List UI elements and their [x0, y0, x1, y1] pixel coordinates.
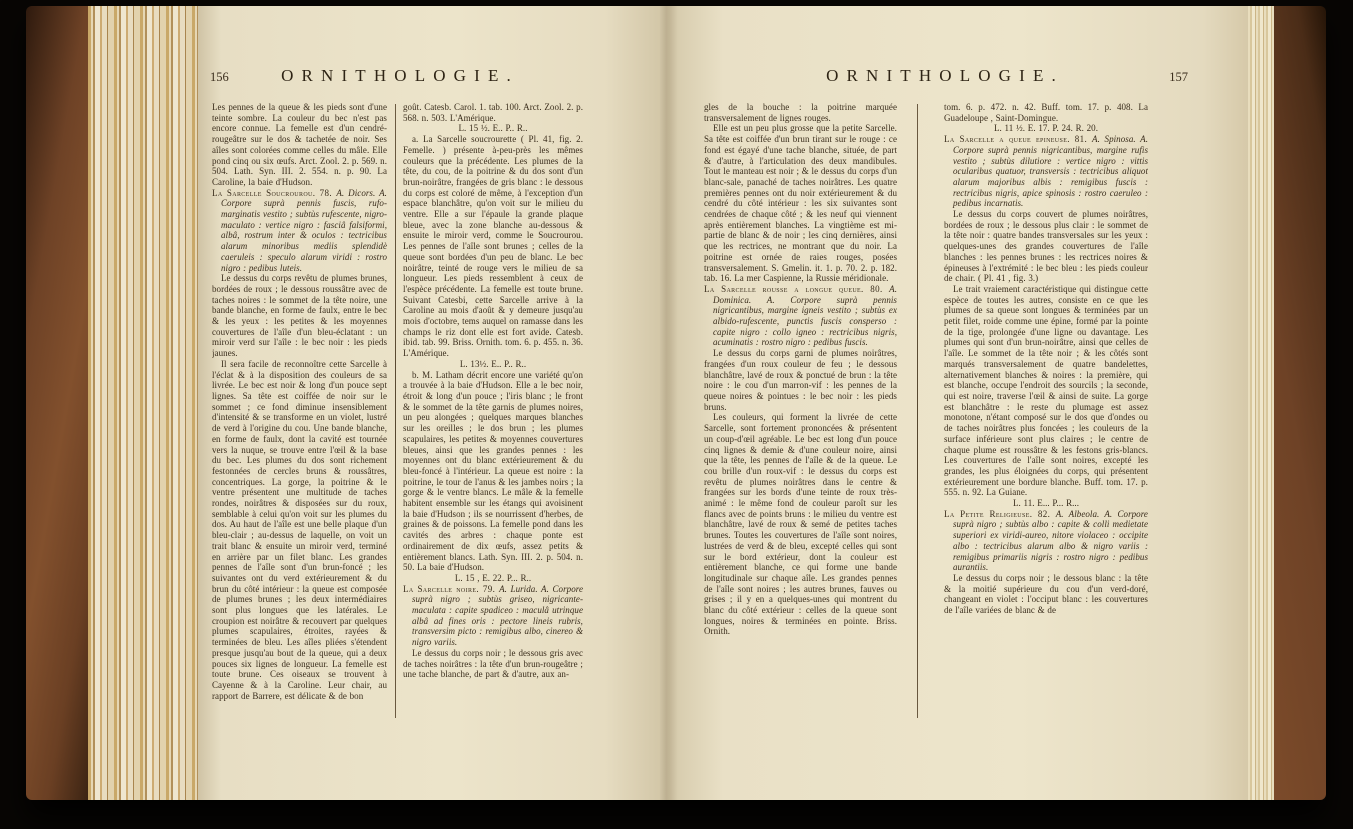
paragraph: b. M. Latham décrit encore une variété q…	[403, 370, 583, 573]
paragraph: L. 11. E... P... R...	[944, 498, 1148, 509]
species-heading: La Sarcelle noire. 79.	[403, 584, 499, 594]
left-page-columns: Les pennes de la queue & les pieds sont …	[198, 102, 660, 724]
paragraph: gles de la bouche : la poitrine marquée …	[704, 102, 897, 123]
paragraph: L. 15 ½. E.. P.. R..	[403, 123, 583, 134]
left-page-number: 156	[210, 70, 229, 85]
species-entry: *La Sarcelle rousse a longue queue. 80. …	[704, 284, 897, 348]
open-book: 156 ORNITHOLOGIE. Les pennes de la queue…	[26, 6, 1326, 800]
right-page-header: ORNITHOLOGIE. 157	[678, 66, 1248, 86]
paragraph: Le dessus du corps couvert de plumes noi…	[944, 209, 1148, 284]
left-page-header: 156 ORNITHOLOGIE.	[198, 66, 660, 86]
left-page-column-1: Les pennes de la queue & les pieds sont …	[212, 102, 387, 724]
species-entry: La Petite Religieuse. 82. A. Albeola. A.…	[944, 509, 1148, 573]
paragraph: Le dessus du corps noir ; le dessous bla…	[944, 573, 1148, 616]
left-column-divider	[395, 104, 396, 718]
photo-background: 156 ORNITHOLOGIE. Les pennes de la queue…	[0, 0, 1353, 829]
left-page-fore-edges	[88, 6, 198, 800]
latin-description: A. Spinosa. A. Corpore suprà pennis nigr…	[953, 134, 1148, 208]
paragraph: Le dessus du corps garni de plumes noirâ…	[704, 348, 897, 412]
right-page-columns: gles de la bouche : la poitrine marquée …	[678, 102, 1248, 724]
paragraph: L. 15 , E. 22. P... R..	[403, 573, 583, 584]
paragraph: goût. Catesb. Carol. 1. tab. 100. Arct. …	[403, 102, 583, 123]
paragraph: Les couleurs, qui forment la livrée de c…	[704, 412, 897, 637]
species-heading: La Sarcelle a queue epineuse. 81.	[944, 134, 1092, 144]
paragraph: a. La Sarcelle soucrourette ( Pl. 41, fi…	[403, 134, 583, 359]
right-page-column-1: gles de la bouche : la poitrine marquée …	[704, 102, 897, 724]
right-page-fore-edges	[1248, 6, 1274, 800]
right-page-column-2: tom. 6. p. 472. n. 42. Buff. tom. 17. p.…	[944, 102, 1148, 724]
left-cover-board	[26, 6, 88, 800]
paragraph: Le trait vraiement caractéristique qui d…	[944, 284, 1148, 498]
species-entry: La Sarcelle Soucrourou. 78. A. Dicors. A…	[212, 188, 387, 274]
right-column-divider	[917, 104, 918, 718]
latin-description: A. Dicors. A. Corpore suprà pennis fusci…	[221, 188, 387, 273]
left-running-head: ORNITHOLOGIE.	[281, 66, 519, 86]
paragraph: Les pennes de la queue & les pieds sont …	[212, 102, 387, 188]
paragraph: L. 11 ½. E. 17. P. 24. R. 20.	[944, 123, 1148, 134]
paragraph: Elle est un peu plus grosse que la petit…	[704, 123, 897, 284]
paragraph: L. 13½. E.. P.. R..	[403, 359, 583, 370]
book-gutter	[660, 6, 678, 800]
species-heading: La Sarcelle Soucrourou. 78.	[212, 188, 336, 198]
paragraph: Le dessus du corps noir ; le dessous gri…	[403, 648, 583, 680]
left-page: 156 ORNITHOLOGIE. Les pennes de la queue…	[198, 6, 660, 800]
right-running-head: ORNITHOLOGIE.	[826, 66, 1064, 86]
species-heading: La Petite Religieuse. 82.	[944, 509, 1056, 519]
right-cover-board	[1274, 6, 1326, 800]
paragraph: Le dessus du corps revêtu de plumes brun…	[212, 273, 387, 359]
right-page-number: 157	[1169, 70, 1188, 85]
species-heading: La Sarcelle rousse a longue queue. 80.	[704, 284, 889, 294]
paragraph: tom. 6. p. 472. n. 42. Buff. tom. 17. p.…	[944, 102, 1148, 123]
species-entry: La Sarcelle a queue epineuse. 81. A. Spi…	[944, 134, 1148, 209]
right-page: ORNITHOLOGIE. 157 gles de la bouche : la…	[678, 6, 1248, 800]
paragraph: Il sera facile de reconnoître cette Sarc…	[212, 359, 387, 702]
species-entry: *La Sarcelle noire. 79. A. Lurida. A. Co…	[403, 584, 583, 648]
left-page-column-2: goût. Catesb. Carol. 1. tab. 100. Arct. …	[403, 102, 583, 724]
